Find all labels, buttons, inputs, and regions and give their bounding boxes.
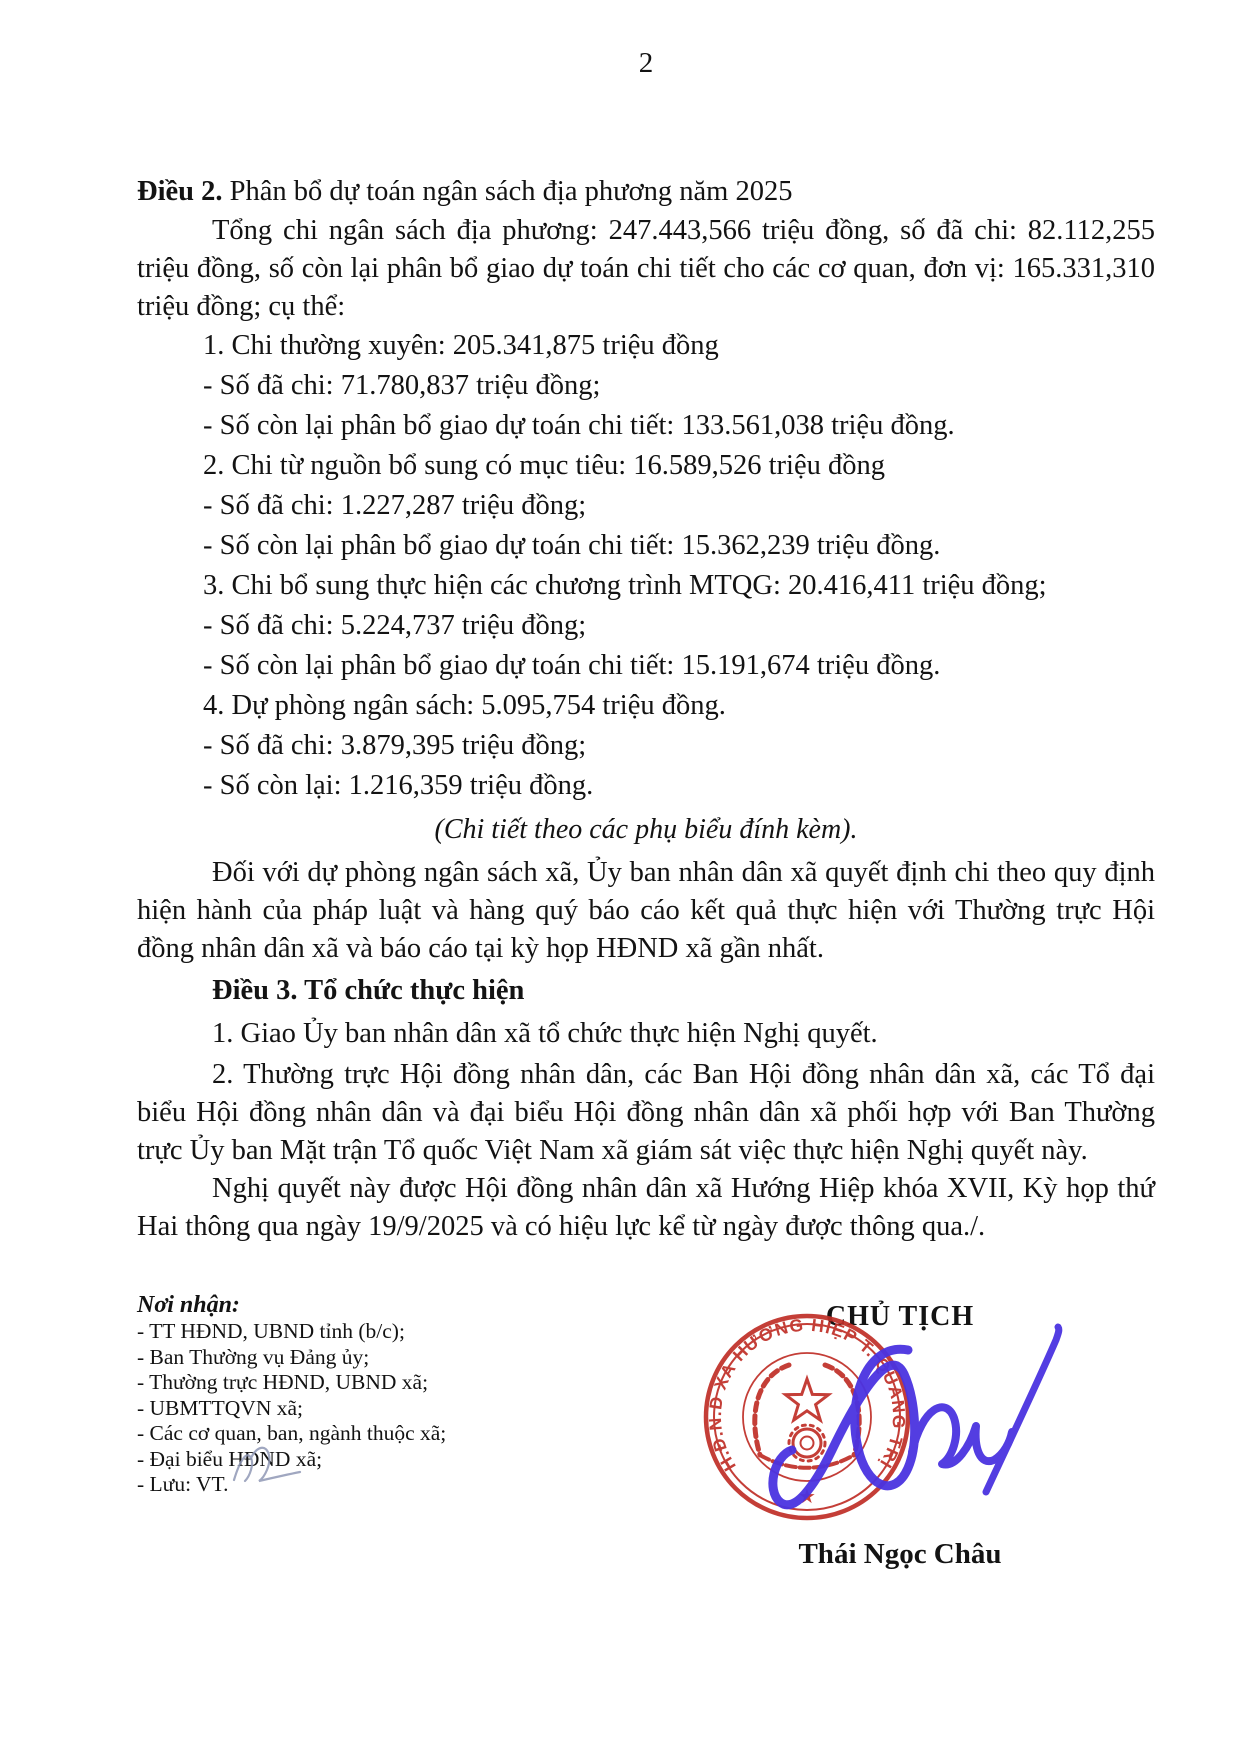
article-2-label: Điều 2. xyxy=(137,176,223,207)
signature-block: CHỦ TỊCH Thái Ngọc Châu xyxy=(680,1300,1120,1572)
chairman-title: CHỦ TỊCH xyxy=(680,1300,1120,1334)
document-body: 2 Điều 2. Phân bổ dự toán ngân sách địa … xyxy=(137,0,1155,1622)
recipient-item: - Đại biểu HĐND xã; xyxy=(137,1447,567,1473)
article-3-heading: Điều 3. Tổ chức thực hiện xyxy=(137,970,1155,1012)
article-2-title: Phân bổ dự toán ngân sách địa phương năm… xyxy=(223,176,793,207)
budget-subitem: - Số đã chi: 3.879,395 triệu đồng; xyxy=(137,726,1155,766)
appendix-note: (Chi tiết theo các phụ biểu đính kèm). xyxy=(137,808,1155,852)
article-2-heading: Điều 2. Phân bổ dự toán ngân sách địa ph… xyxy=(137,172,1155,212)
implementation-paragraph-1: 1. Giao Ủy ban nhân dân xã tổ chức thực … xyxy=(137,1012,1155,1056)
article-2-intro-paragraph: Tổng chi ngân sách địa phương: 247.443,5… xyxy=(137,212,1155,326)
recipient-item: - UBMTTQVN xã; xyxy=(137,1396,567,1422)
budget-subitem: - Số đã chi: 1.227,287 triệu đồng; xyxy=(137,486,1155,526)
reserve-budget-paragraph: Đối với dự phòng ngân sách xã, Ủy ban nh… xyxy=(137,854,1155,968)
chairman-name: Thái Ngọc Châu xyxy=(680,1536,1120,1572)
implementation-paragraph-2: 2. Thường trực Hội đồng nhân dân, các Ba… xyxy=(137,1056,1155,1170)
adoption-paragraph: Nghị quyết này được Hội đồng nhân dân xã… xyxy=(137,1170,1155,1246)
budget-subitem: - Số còn lại phân bổ giao dự toán chi ti… xyxy=(137,646,1155,686)
budget-item: 3. Chi bổ sung thực hiện các chương trìn… xyxy=(137,566,1155,606)
budget-item: 2. Chi từ nguồn bổ sung có mục tiêu: 16.… xyxy=(137,446,1155,486)
recipient-item: - Lưu: VT. xyxy=(137,1472,567,1498)
document-page: { "page": { "number": "2" }, "dieu2": { … xyxy=(0,0,1241,1755)
recipient-item: - TT HĐND, UBND tỉnh (b/c); xyxy=(137,1319,567,1345)
budget-subitem: - Số còn lại phân bổ giao dự toán chi ti… xyxy=(137,406,1155,446)
recipient-item: - Các cơ quan, ban, ngành thuộc xã; xyxy=(137,1421,567,1447)
document-footer: Nơi nhận: - TT HĐND, UBND tỉnh (b/c); - … xyxy=(137,1292,1155,1622)
budget-subitem: - Số còn lại phân bổ giao dự toán chi ti… xyxy=(137,526,1155,566)
page-number: 2 xyxy=(137,0,1155,82)
recipients-block: Nơi nhận: - TT HĐND, UBND tỉnh (b/c); - … xyxy=(137,1292,567,1498)
budget-subitem: - Số đã chi: 5.224,737 triệu đồng; xyxy=(137,606,1155,646)
budget-item: 1. Chi thường xuyên: 205.341,875 triệu đ… xyxy=(137,326,1155,366)
recipient-item: - Ban Thường vụ Đảng ủy; xyxy=(137,1345,567,1371)
recipients-title: Nơi nhận: xyxy=(137,1292,567,1319)
budget-item: 4. Dự phòng ngân sách: 5.095,754 triệu đ… xyxy=(137,686,1155,726)
recipient-item: - Thường trực HĐND, UBND xã; xyxy=(137,1370,567,1396)
budget-subitem: - Số còn lại: 1.216,359 triệu đồng. xyxy=(137,766,1155,806)
budget-subitem: - Số đã chi: 71.780,837 triệu đồng; xyxy=(137,366,1155,406)
